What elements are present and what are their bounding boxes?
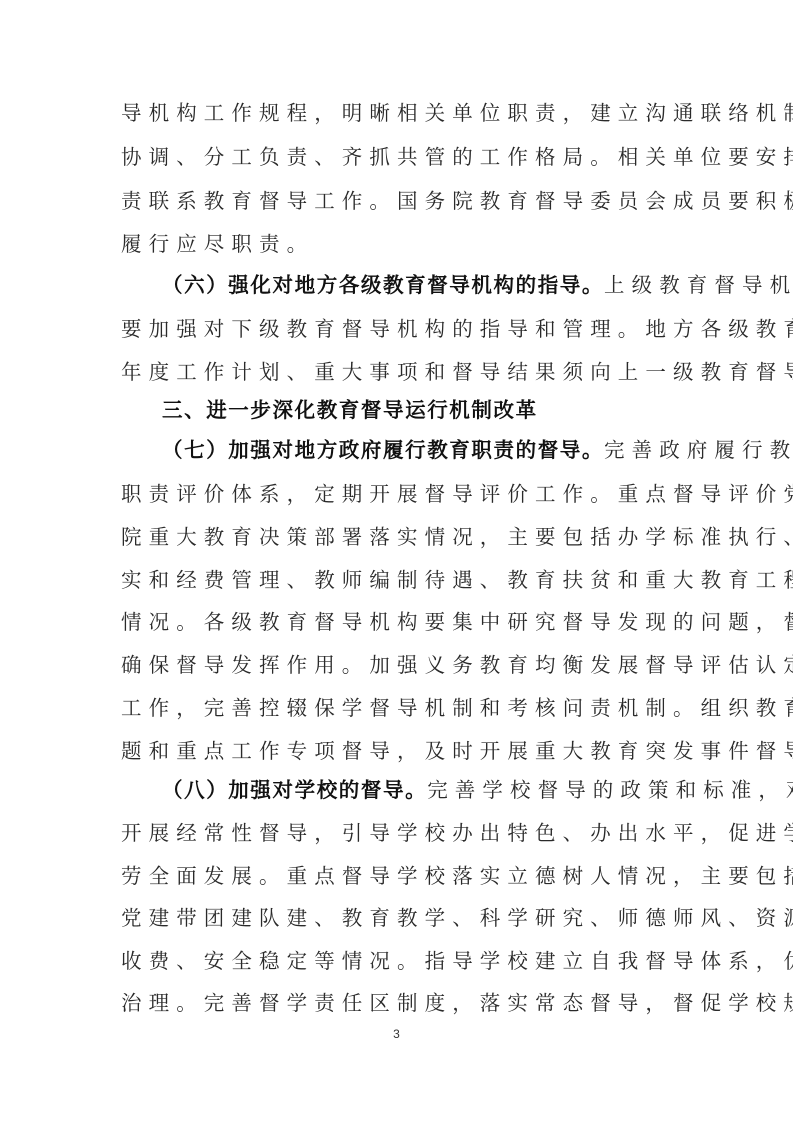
text-line: 工作，完善控辍保学督导机制和考核问责机制。组织教育热点难点问 bbox=[121, 695, 681, 721]
text-line: 年度工作计划、重大事项和督导结果须向上一级教育督导机构报告。 bbox=[121, 359, 681, 385]
document-page: 导机构工作规程，明晰相关单位职责，建立沟通联络机制，形成统一 协调、分工负责、齐… bbox=[0, 0, 793, 1122]
text-line: 院重大教育决策部署落实情况，主要包括办学标准执行、教育投入落 bbox=[121, 524, 681, 550]
line-text: 责联系教育督导工作。国务院教育督导委员会成员要积极参加督导， bbox=[121, 189, 793, 213]
section-seven-paragraph: （七）加强对地方政府履行教育职责的督导。完善政府履行教育 bbox=[162, 437, 722, 463]
section-eight-paragraph: （八）加强对学校的督导。完善学校督导的政策和标准，对学校 bbox=[162, 777, 722, 803]
line-text: 完善学校督导的政策和标准，对学校 bbox=[427, 778, 793, 802]
section-six-paragraph: （六）强化对地方各级教育督导机构的指导。上级教育督导机构 bbox=[162, 272, 722, 298]
text-line: 确保督导发挥作用。加强义务教育均衡发展督导评估认定和监测复查 bbox=[121, 652, 681, 678]
text-line: 治理。完善督学责任区制度，落实常态督导，督促学校规范办学行为。 bbox=[121, 990, 681, 1016]
line-text: 上级教育督导机构 bbox=[604, 273, 793, 297]
text-line: 职责评价体系，定期开展督导评价工作。重点督导评价党中央、国务 bbox=[121, 481, 681, 507]
text-line: 履行应尽职责。 bbox=[121, 231, 681, 257]
text-line: 协调、分工负责、齐抓共管的工作格局。相关单位要安排专门人员负 bbox=[121, 144, 681, 170]
text-line: 开展经常性督导，引导学校办出特色、办出水平，促进学生德智体美 bbox=[121, 820, 681, 846]
text-line: 导机构工作规程，明晰相关单位职责，建立沟通联络机制，形成统一 bbox=[121, 100, 681, 126]
chapter-three-heading: 三、进一步深化教育督导运行机制改革 bbox=[162, 397, 722, 423]
text-line: 劳全面发展。重点督导学校落实立德树人情况，主要包括学校党建及 bbox=[121, 863, 681, 889]
section-seven-title: （七）加强对地方政府履行教育职责的督导。 bbox=[162, 438, 604, 462]
section-six-title: （六）强化对地方各级教育督导机构的指导。 bbox=[162, 273, 604, 297]
line-text: 党建带团建队建、教育教学、科学研究、师德师风、资源配置、教育 bbox=[121, 906, 793, 930]
line-text: 治理。完善督学责任区制度，落实常态督导，督促学校规范办学行为。 bbox=[121, 991, 793, 1015]
line-text: 职责评价体系，定期开展督导评价工作。重点督导评价党中央、国务 bbox=[121, 482, 793, 506]
line-text: 收费、安全稳定等情况。指导学校建立自我督导体系，优化学校内部 bbox=[121, 949, 793, 973]
text-line: 要加强对下级教育督导机构的指导和管理。地方各级教育督导机构的 bbox=[121, 316, 681, 342]
text-line: 情况。各级教育督导机构要集中研究督导发现的问题，督促整改落实， bbox=[121, 609, 681, 635]
text-line: 收费、安全稳定等情况。指导学校建立自我督导体系，优化学校内部 bbox=[121, 948, 681, 974]
line-text: 开展经常性督导，引导学校办出特色、办出水平，促进学生德智体美 bbox=[121, 821, 793, 845]
line-text: 年度工作计划、重大事项和督导结果须向上一级教育督导机构报告。 bbox=[121, 360, 793, 384]
line-text: 要加强对下级教育督导机构的指导和管理。地方各级教育督导机构的 bbox=[121, 317, 793, 341]
line-text: 导机构工作规程，明晰相关单位职责，建立沟通联络机制，形成统一 bbox=[121, 101, 793, 125]
text-line: 责联系教育督导工作。国务院教育督导委员会成员要积极参加督导， bbox=[121, 188, 681, 214]
line-text: 工作，完善控辍保学督导机制和考核问责机制。组织教育热点难点问 bbox=[121, 696, 793, 720]
line-text: 协调、分工负责、齐抓共管的工作格局。相关单位要安排专门人员负 bbox=[121, 145, 793, 169]
section-eight-title: （八）加强对学校的督导。 bbox=[162, 778, 427, 802]
line-text: 履行应尽职责。 bbox=[121, 232, 314, 256]
line-text: 确保督导发挥作用。加强义务教育均衡发展督导评估认定和监测复查 bbox=[121, 653, 793, 677]
line-text: 情况。各级教育督导机构要集中研究督导发现的问题，督促整改落实， bbox=[121, 610, 793, 634]
page-number: 3 bbox=[0, 1027, 793, 1041]
text-line: 题和重点工作专项督导，及时开展重大教育突发事件督导。 bbox=[121, 738, 681, 764]
text-line: 实和经费管理、教师编制待遇、教育扶贫和重大教育工程项目实施等 bbox=[121, 567, 681, 593]
line-text: 实和经费管理、教师编制待遇、教育扶贫和重大教育工程项目实施等 bbox=[121, 568, 793, 592]
line-text: 完善政府履行教育 bbox=[604, 438, 793, 462]
line-text: 劳全面发展。重点督导学校落实立德树人情况，主要包括学校党建及 bbox=[121, 864, 793, 888]
text-line: 党建带团建队建、教育教学、科学研究、师德师风、资源配置、教育 bbox=[121, 905, 681, 931]
line-text: 题和重点工作专项督导，及时开展重大教育突发事件督导。 bbox=[121, 739, 793, 763]
line-text: 院重大教育决策部署落实情况，主要包括办学标准执行、教育投入落 bbox=[121, 525, 793, 549]
